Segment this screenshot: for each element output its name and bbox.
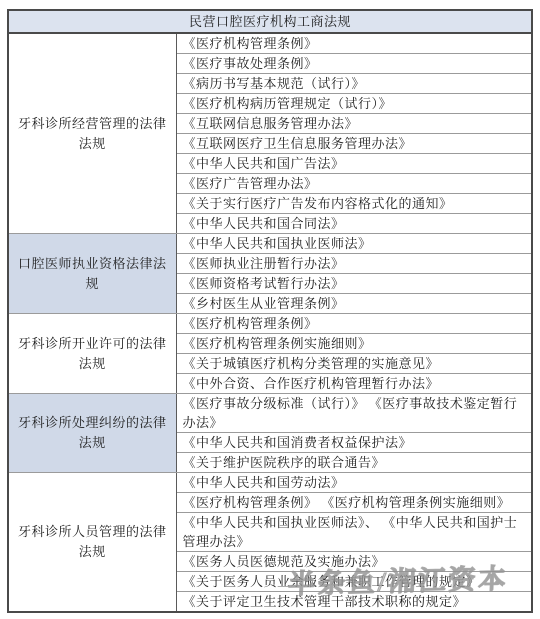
law-cell: 《病历书写基本规范（试行）》 — [176, 74, 532, 94]
category-cell: 牙科诊所处理纠纷的法律法规 — [8, 394, 176, 473]
law-cell: 《关于维护医院秩序的联合通告》 — [176, 453, 532, 473]
law-cell: 《互联网医疗卫生信息服务管理办法》 — [176, 134, 532, 154]
law-cell: 《关于城镇医疗机构分类管理的实施意见》 — [176, 354, 532, 374]
law-cell: 《医疗机构管理条例》 — [176, 33, 532, 54]
law-cell: 《中华人民共和国执业医师法》 — [176, 234, 532, 254]
category-cell: 牙科诊所经营管理的法律法规 — [8, 33, 176, 234]
law-cell: 《医疗事故分级标准（试行）》 《医疗事故技术鉴定暂行办法》 — [176, 394, 532, 433]
category-cell: 牙科诊所开业许可的法律法规 — [8, 314, 176, 394]
law-cell: 《医疗机构管理条例》 — [176, 314, 532, 334]
law-cell: 《关于评定卫生技术管理干部技术职称的规定》 — [176, 592, 532, 613]
table-row: 牙科诊所开业许可的法律法规《医疗机构管理条例》 — [8, 314, 532, 334]
table-title: 民营口腔医疗机构工商法规 — [8, 10, 532, 33]
law-cell: 《中华人民共和国执业医师法》、 《中华人民共和国护士管理办法》 — [176, 513, 532, 552]
table-row: 牙科诊所人员管理的法律法规《中华人民共和国劳动法》 — [8, 473, 532, 493]
table-row: 牙科诊所经营管理的法律法规《医疗机构管理条例》 — [8, 33, 532, 54]
table-row: 牙科诊所处理纠纷的法律法规《医疗事故分级标准（试行）》 《医疗事故技术鉴定暂行办… — [8, 394, 532, 433]
table-row: 口腔医师执业资格法律法规《中华人民共和国执业医师法》 — [8, 234, 532, 254]
law-cell: 《医务人员医德规范及实施办法》 — [176, 552, 532, 572]
law-cell: 《医疗机构管理条例实施细则》 — [176, 334, 532, 354]
law-cell: 《中华人民共和国合同法》 — [176, 214, 532, 234]
header-row: 民营口腔医疗机构工商法规 — [8, 10, 532, 33]
law-cell: 《中外合资、合作医疗机构管理暂行办法》 — [176, 374, 532, 394]
regulations-table: 民营口腔医疗机构工商法规 牙科诊所经营管理的法律法规《医疗机构管理条例》《医疗事… — [7, 9, 533, 613]
law-cell: 《中华人民共和国劳动法》 — [176, 473, 532, 493]
law-cell: 《医疗机构管理条例》 《医疗机构管理条例实施细则》 — [176, 493, 532, 513]
law-cell: 《中华人民共和国消费者权益保护法》 — [176, 433, 532, 453]
law-cell: 《关于实行医疗广告发布内容格式化的通知》 — [176, 194, 532, 214]
table-body: 民营口腔医疗机构工商法规 牙科诊所经营管理的法律法规《医疗机构管理条例》《医疗事… — [8, 10, 532, 612]
law-cell: 《医师资格考试暂行办法》 — [176, 274, 532, 294]
law-cell: 《互联网信息服务管理办法》 — [176, 114, 532, 134]
law-cell: 《乡村医生从业管理条例》 — [176, 294, 532, 314]
law-cell: 《医疗事故处理条例》 — [176, 54, 532, 74]
law-cell: 《医师执业注册暂行办法》 — [176, 254, 532, 274]
category-cell: 牙科诊所人员管理的法律法规 — [8, 473, 176, 613]
law-cell: 《医疗机构病历管理规定（试行）》 — [176, 94, 532, 114]
category-cell: 口腔医师执业资格法律法规 — [8, 234, 176, 314]
page: 民营口腔医疗机构工商法规 牙科诊所经营管理的法律法规《医疗机构管理条例》《医疗事… — [0, 0, 540, 619]
law-cell: 《关于医务人员业余服务和兼职工作管理的规定》 — [176, 572, 532, 592]
law-cell: 《中华人民共和国广告法》 — [176, 154, 532, 174]
law-cell: 《医疗广告管理办法》 — [176, 174, 532, 194]
